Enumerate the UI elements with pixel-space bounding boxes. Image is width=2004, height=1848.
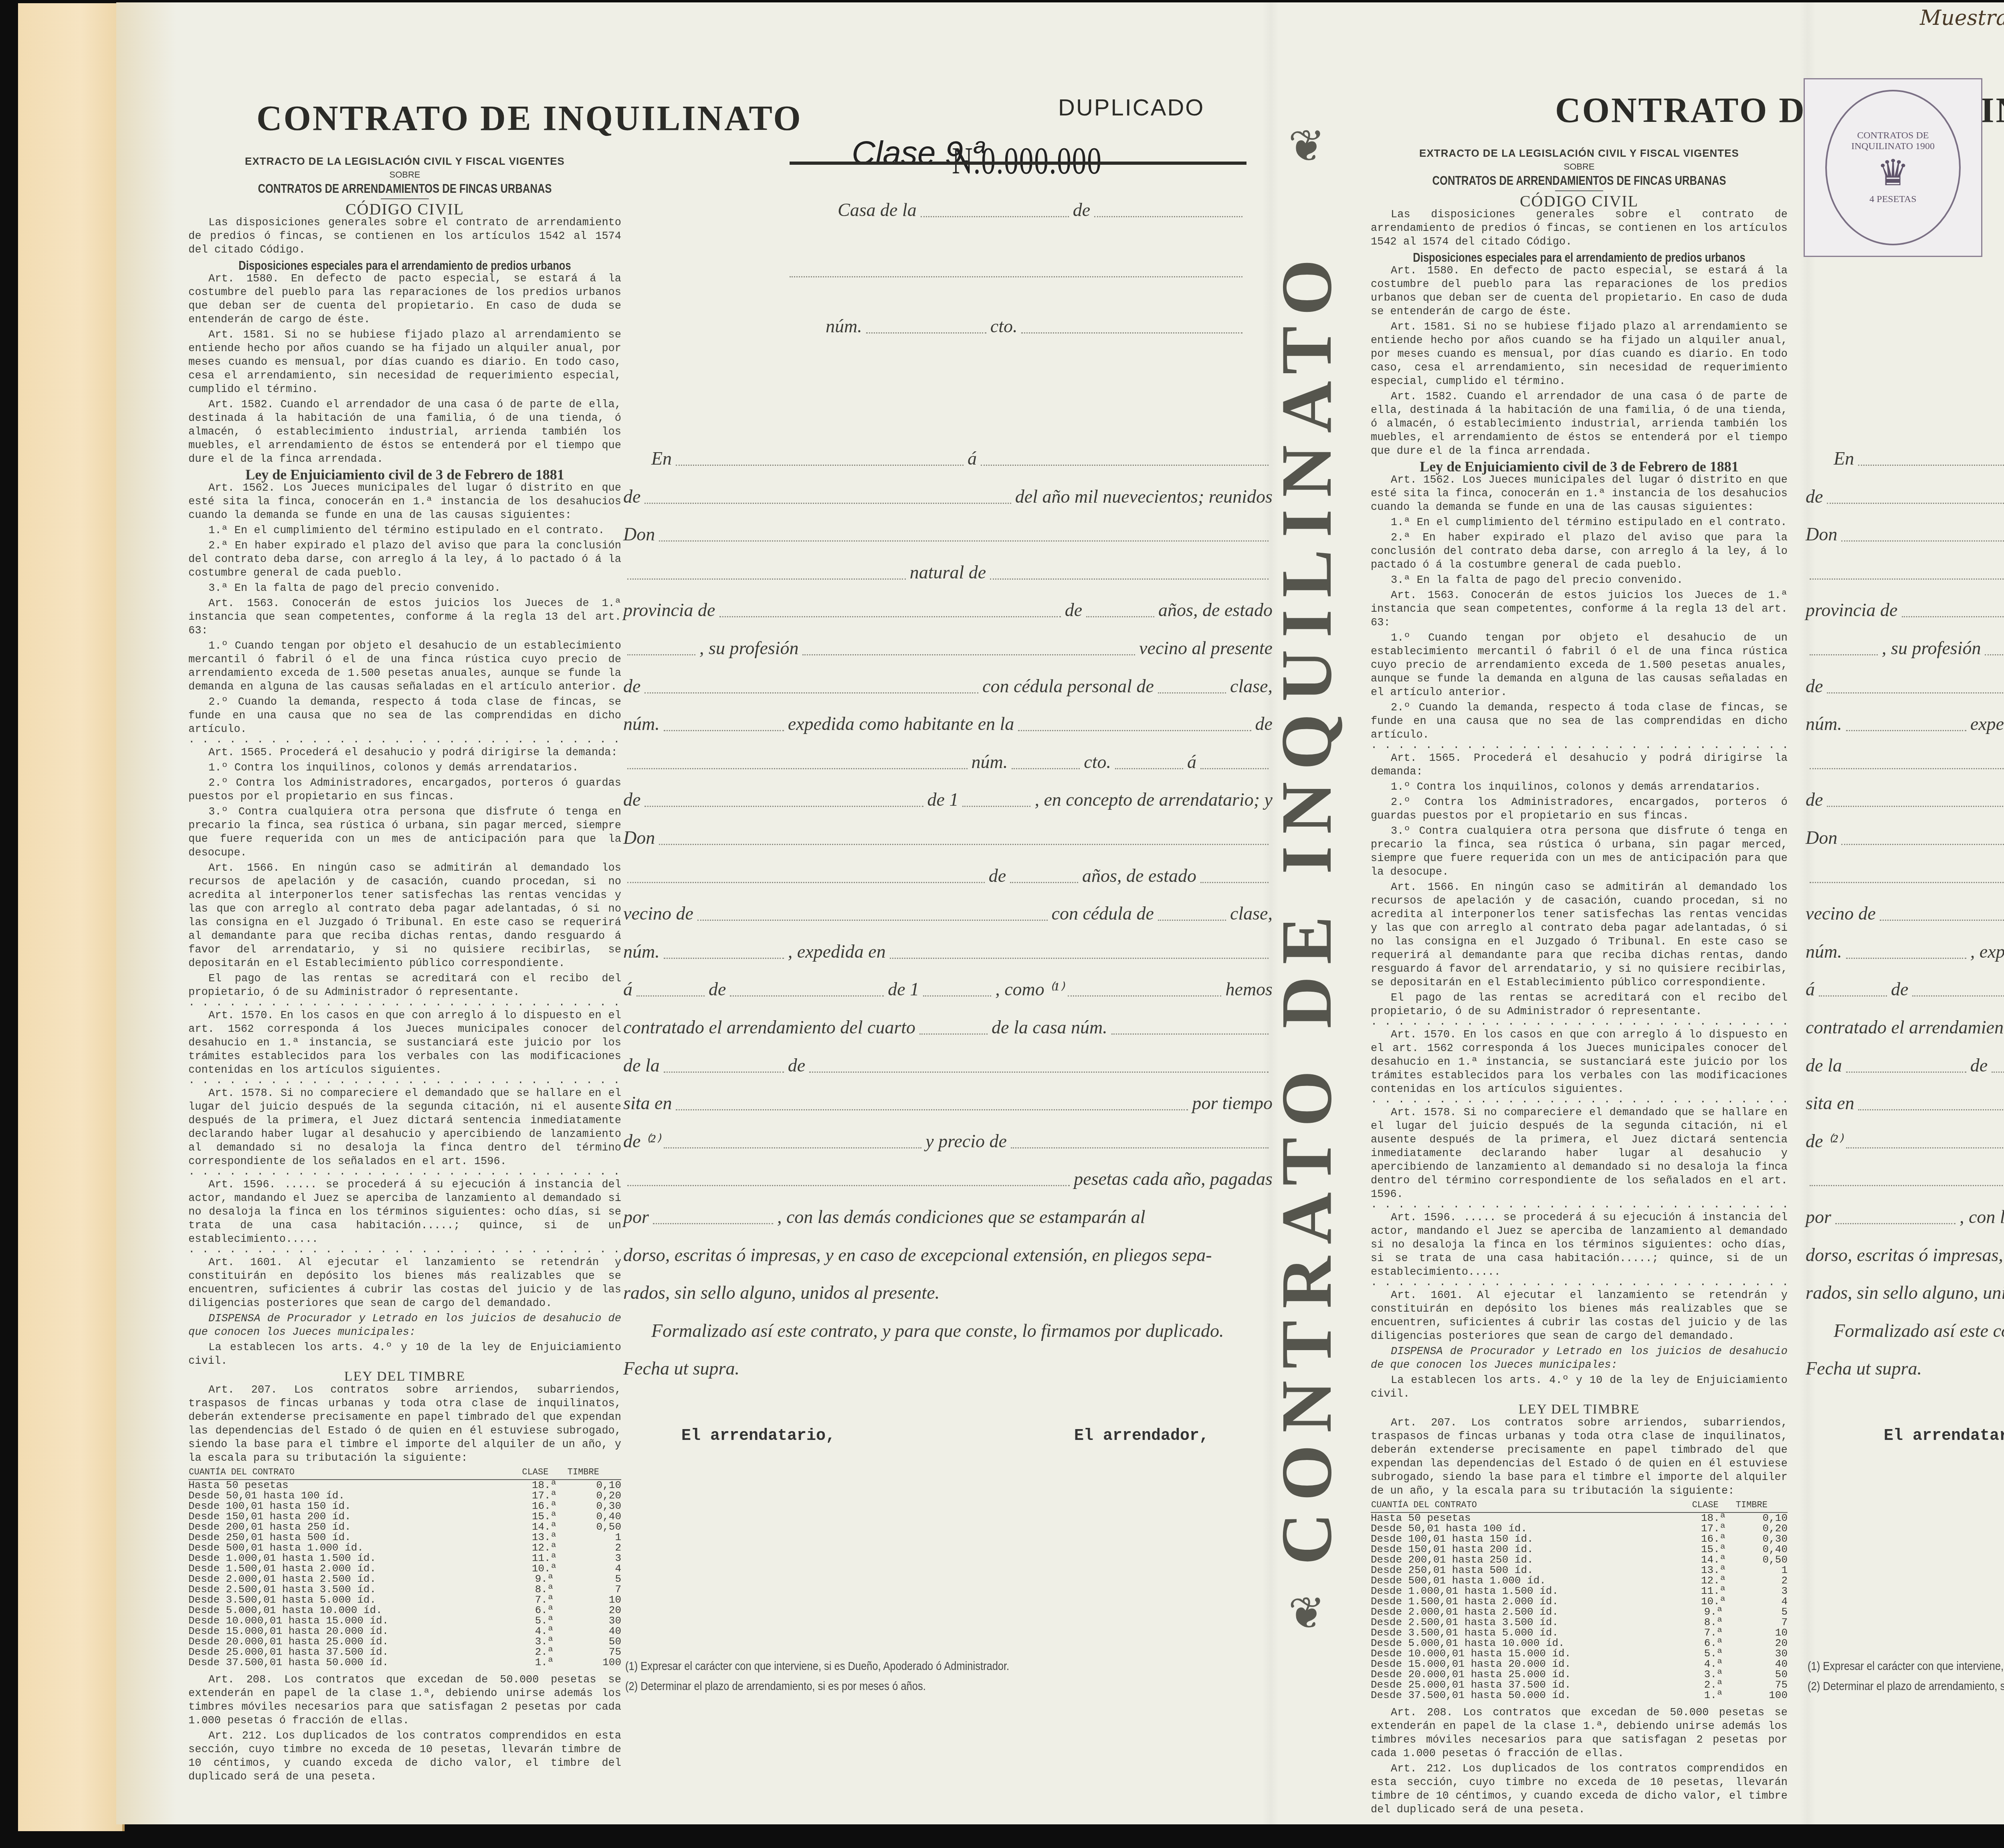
table-cell-timbre: 10 — [1735, 1628, 1788, 1638]
left-title: CONTRATO DE INQUILINATO — [257, 98, 802, 139]
table-cell-range: Desde 100,01 hasta 150 íd. — [1371, 1534, 1692, 1544]
form-row: Ená — [623, 445, 1273, 469]
table-cell-range: Desde 250,01 hasta 500 íd. — [1371, 1565, 1692, 1575]
legal-paragraph: Art. 1578. Si no compareciere el demanda… — [1371, 1106, 1788, 1201]
vertical-title: CONTRATO DE INQUILINATO — [1265, 247, 1348, 1565]
landlord-residence-field[interactable] — [697, 919, 1048, 921]
provincia-label: provincia de — [1806, 599, 1898, 621]
table-cell-range: Desde 25.000,01 hasta 37.500 íd. — [1371, 1680, 1692, 1690]
table-cell-clase: 17.ª — [1692, 1523, 1735, 1534]
legal-paragraph: Art. 1563. Conocerán de estos juicios lo… — [1371, 589, 1788, 630]
footnote-1: (1) Expresar el carácter con que intervi… — [1808, 1660, 2004, 1673]
form-row: núm.cto.á — [623, 748, 1273, 772]
table-cell-clase: 9.ª — [1692, 1607, 1735, 1617]
estado-label: años, de estado — [1082, 865, 1196, 886]
age-field[interactable] — [1086, 616, 1154, 617]
table-row: Desde 10.000,01 hasta 15.000 íd.5.ª30 — [188, 1615, 621, 1626]
vertical-banner: CONTRATO DE INQUILINATO — [1267, 281, 1347, 1531]
form-row: de ⁽²⁾y precio de — [1806, 1128, 2004, 1152]
table-cell-timbre: 20 — [567, 1605, 621, 1615]
table-cell-timbre: 75 — [1735, 1680, 1788, 1690]
table-row: Desde 200,01 hasta 250 íd.14.ª0,50 — [1371, 1555, 1788, 1565]
form-row: contratado el arrendamiento del cuartode… — [623, 1014, 1273, 1038]
legal-paragraph: Art. 1565. Procederá el desahucio y podr… — [1371, 752, 1788, 779]
legal-paragraph: La establecen los arts. 4.º y 10 de la l… — [188, 1341, 621, 1368]
term-label: de ⁽²⁾ — [1806, 1130, 1842, 1152]
table-cell-timbre: 10 — [567, 1595, 621, 1605]
street-name-field[interactable] — [1992, 1071, 2004, 1073]
table-cell-range: Desde 1.500,01 hasta 2.000 íd. — [188, 1563, 521, 1574]
legal-paragraph: Las disposiciones generales sobre el con… — [188, 216, 621, 257]
de-label: de — [1806, 789, 1823, 810]
casa-de-field[interactable] — [1094, 216, 1242, 217]
condiciones-label: , con las demás condiciones que se estam… — [777, 1206, 1145, 1227]
handwritten-line-1: Muestra de Contratos, clase 9ª Pª 1900 — [1920, 6, 2004, 30]
tenant-name-cont-field[interactable] — [627, 578, 906, 580]
payment-period-field[interactable] — [653, 1223, 773, 1224]
form-row: dede 1, en concepto de arrendatario; y — [1806, 786, 2004, 810]
term-field[interactable] — [1846, 1147, 2004, 1148]
table-cell-clase: 4.ª — [521, 1626, 567, 1636]
form-row: dedel año mil nuevecientos; reunidos — [623, 483, 1273, 507]
table-cell-timbre: 1 — [1735, 1565, 1788, 1575]
legal-heading: EXTRACTO DE LA LEGISLACIÓN CIVIL Y FISCA… — [188, 154, 621, 168]
section-heading: Disposiciones especiales para el arrenda… — [232, 259, 578, 272]
table-cell-range: Desde 37.500,01 hasta 50.000 íd. — [188, 1657, 521, 1668]
landlord-issue-year-field[interactable] — [923, 995, 991, 997]
legal-paragraph: 3.º Contra cualquiera otra persona que d… — [188, 805, 621, 860]
form-row: sita enpor tiempo — [1806, 1090, 2004, 1114]
price-cont-field[interactable] — [627, 1185, 1070, 1186]
ellipsis-divider: ........................................ — [188, 1079, 621, 1087]
table-cell-clase: 9.ª — [521, 1574, 567, 1584]
footnote-1: (1) Expresar el carácter con que intervi… — [625, 1660, 1009, 1673]
payment-period-field[interactable] — [1835, 1223, 1956, 1224]
table-cell-timbre: 100 — [567, 1657, 621, 1668]
legal-heading: CONTRATOS DE ARRENDAMIENTOS DE FINCAS UR… — [232, 182, 578, 195]
natural-label: natural de — [910, 562, 986, 583]
table-cell-range: Desde 50,01 hasta 100 íd. — [1371, 1523, 1692, 1534]
form-row: de ⁽²⁾y precio de — [623, 1128, 1273, 1152]
landlord-name-cont-field[interactable] — [627, 882, 985, 883]
codigo-civil-heading: CÓDIGO CIVIL — [1371, 194, 1788, 208]
contract-form-right: Ená dedel año mil nuevecientos; reunidos… — [1806, 445, 2004, 1367]
table-cell-clase: 3.ª — [1692, 1669, 1735, 1680]
cto-field[interactable] — [1021, 332, 1242, 334]
codigo-civil-heading: CÓDIGO CIVIL — [188, 202, 621, 216]
landlord-name-field[interactable] — [1841, 843, 2004, 845]
term-label: de ⁽²⁾ — [623, 1130, 660, 1152]
legal-paragraph: 3.ª En la falta de pago del precio conve… — [1371, 574, 1788, 587]
tax-table: CUANTÍA DEL CONTRATO CLASE TIMBRE Hasta … — [188, 1467, 621, 1668]
table-cell-clase: 2.ª — [1692, 1680, 1735, 1690]
street-name-field[interactable] — [809, 1071, 1269, 1073]
term-field[interactable] — [664, 1147, 921, 1148]
casa-label: Casa de la — [838, 199, 917, 220]
table-row: Desde 1.000,01 hasta 1.500 íd.11.ª3 — [1371, 1586, 1788, 1596]
legal-paragraph: 1.º Cuando tengan por objeto el desahuci… — [188, 639, 621, 694]
legal-heading: CONTRATOS DE ARRENDAMIENTOS DE FINCAS UR… — [1412, 174, 1746, 187]
table-cell-range: Desde 250,01 hasta 500 íd. — [188, 1532, 521, 1543]
vecino-de-label: vecino de — [1806, 903, 1876, 924]
table-cell-clase: 1.ª — [1692, 1690, 1735, 1700]
casa-field[interactable] — [921, 216, 1069, 217]
table-cell-range: Hasta 50 pesetas — [188, 1480, 521, 1490]
form-row: dorso, escritas ó impresas, y en caso de… — [1806, 1241, 2004, 1266]
form-row: decon cédula personal declase, — [1806, 673, 2004, 697]
table-cell-range: Desde 37.500,01 hasta 50.000 íd. — [1371, 1690, 1692, 1700]
place-field[interactable] — [676, 464, 964, 466]
table-row: Desde 250,01 hasta 500 íd.13.ª1 — [188, 1532, 621, 1543]
month-field[interactable] — [644, 502, 1011, 504]
table-row: Desde 15.000,01 hasta 20.000 íd.4.ª40 — [188, 1626, 621, 1636]
legal-paragraph: Art. 1582. Cuando el arrendador de una c… — [188, 398, 621, 466]
precio-label: y precio de — [925, 1130, 1007, 1152]
landlord-cedula-number-field[interactable] — [664, 957, 784, 959]
legal-paragraph: 2.º Contra los Administradores, encargad… — [1371, 796, 1788, 823]
table-cell-range: Desde 15.000,01 hasta 20.000 íd. — [188, 1626, 521, 1636]
table-cell-range: Desde 2.000,01 hasta 2.500 íd. — [1371, 1607, 1692, 1617]
section-heading: Ley de Enjuiciamiento civil de 3 de Febr… — [1371, 460, 1788, 473]
table-cell-timbre: 0,10 — [1735, 1512, 1788, 1523]
table-cell-range: Hasta 50 pesetas — [1371, 1512, 1692, 1523]
legal-paragraph: Art. 1580. En defecto de pacto especial,… — [1371, 264, 1788, 319]
table-cell-range: Desde 150,01 hasta 200 íd. — [1371, 1544, 1692, 1555]
table-cell-timbre: 30 — [1735, 1648, 1788, 1659]
table-cell-timbre: 7 — [1735, 1617, 1788, 1628]
table-cell-timbre: 0,20 — [1735, 1523, 1788, 1534]
fecha-text: Fecha ut supra. — [1806, 1358, 1922, 1379]
table-row: Desde 100,01 hasta 150 íd.16.ª0,30 — [188, 1501, 621, 1511]
dorso-text: dorso, escritas ó impresas, y en caso de… — [1806, 1244, 2004, 1266]
table-cell-clase: 15.ª — [521, 1511, 567, 1522]
legal-paragraph: 3.º Contra cualquiera otra persona que d… — [1371, 825, 1788, 879]
table-cell-timbre: 75 — [567, 1647, 621, 1657]
landlord-residence-field[interactable] — [1880, 919, 2004, 921]
header-rule — [790, 162, 1246, 165]
por-label: por — [1806, 1206, 1831, 1227]
form-row: , su profesiónvecino al presente — [1806, 635, 2004, 659]
vecino-label: vecino al presente — [1139, 637, 1273, 659]
casa-number-field[interactable] — [1111, 1033, 1269, 1035]
legal-paragraph: 2.º Contra los Administradores, encargad… — [188, 776, 621, 804]
marital-status-field[interactable] — [1810, 654, 1878, 655]
table-cell-range: Desde 3.500,01 hasta 5.000 íd. — [1371, 1628, 1692, 1638]
table-cell-range: Desde 2.500,01 hasta 3.500 íd. — [188, 1584, 521, 1595]
table-cell-timbre: 0,40 — [567, 1511, 621, 1522]
form-row: sita enpor tiempo — [623, 1090, 1273, 1114]
profession-field[interactable] — [802, 654, 1135, 655]
issue-year-field[interactable] — [962, 805, 1030, 807]
arrendatario-concept-label: , en concepto de arrendatario; y — [1034, 789, 1273, 810]
ellipsis-divider: ........................................ — [188, 1170, 621, 1178]
de-label: de — [623, 789, 640, 810]
table-cell-clase: 18.ª — [1692, 1512, 1735, 1523]
formalizado-text: Formalizado así este contrato, y para qu… — [651, 1320, 1224, 1341]
table-cell-range: Desde 15.000,01 hasta 20.000 íd. — [1371, 1659, 1692, 1669]
table-header: CLASE — [521, 1467, 567, 1480]
legal-paragraph: 3.ª En la falta de pago del precio conve… — [188, 582, 621, 595]
table-cell-timbre: 0,20 — [567, 1490, 621, 1501]
table-cell-clase: 16.ª — [1692, 1534, 1735, 1544]
de-label: de — [1073, 199, 1090, 220]
form-row: Fecha ut supra. — [623, 1355, 1273, 1379]
legal-paragraph: Art. 1601. Al ejecutar el lanzamiento se… — [188, 1256, 621, 1310]
en-label: En — [651, 448, 672, 469]
legal-paragraph: El pago de las rentas se acreditará con … — [1371, 991, 1788, 1019]
form-row: Casa de la de — [786, 196, 1246, 220]
landlord-name-cont-field[interactable] — [1810, 882, 2004, 883]
table-row: Desde 500,01 hasta 1.000 íd.12.ª2 — [188, 1543, 621, 1553]
table-cell-clase: 3.ª — [521, 1636, 567, 1647]
rados-text: rados, sin sello alguno, unidos al prese… — [1806, 1282, 2004, 1303]
landlord-name-field[interactable] — [659, 843, 1269, 845]
table-row: Desde 50,01 hasta 100 íd.17.ª0,20 — [188, 1490, 621, 1501]
year-prefix-label: de 1 — [927, 789, 959, 810]
form-row: provincia dedeaños, de estado — [623, 596, 1273, 621]
street-type-field[interactable] — [1846, 1071, 1966, 1073]
por-label: por — [623, 1206, 649, 1227]
legal-paragraph: Art. 212. Los duplicados de los contrato… — [1371, 1762, 1788, 1817]
table-cell-timbre: 0,50 — [1735, 1555, 1788, 1565]
legal-paragraph: Art. 1601. Al ejecutar el lanzamiento se… — [1371, 1289, 1788, 1343]
table-row: Desde 3.500,01 hasta 5.000 íd.7.ª10 — [1371, 1628, 1788, 1638]
table-row: Desde 25.000,01 hasta 37.500 íd.2.ª75 — [1371, 1680, 1788, 1690]
table-cell-clase: 8.ª — [521, 1584, 567, 1595]
form-row: rados, sin sello alguno, unidos al prese… — [1806, 1279, 2004, 1303]
landlord-issue-day-field[interactable] — [636, 995, 705, 997]
legal-paragraph: Art. 1582. Cuando el arrendador de una c… — [1371, 390, 1788, 458]
form-row: Don — [1806, 824, 2004, 848]
royal-coat-of-arms-icon: ♛ — [1877, 152, 1909, 194]
cto-label: cto. — [990, 315, 1018, 337]
arrendatario-label: El arrendatario, — [1884, 1427, 2004, 1445]
provincia-label: provincia de — [623, 599, 715, 621]
form-row: decon cédula personal declase, — [623, 673, 1273, 697]
tax-table: CUANTÍA DEL CONTRATO CLASE TIMBRE Hasta … — [1371, 1500, 1788, 1700]
vecino-de-label: vecino de — [623, 903, 693, 924]
table-cell-range: Desde 1.000,01 hasta 1.500 íd. — [1371, 1586, 1692, 1596]
table-cell-clase: 2.ª — [521, 1647, 567, 1657]
serial-number: N.0.000.000 — [862, 138, 1102, 183]
table-cell-timbre: 0,30 — [567, 1501, 621, 1511]
table-cell-range: Desde 150,01 hasta 200 íd. — [188, 1511, 521, 1522]
issue-day-field[interactable] — [1200, 768, 1269, 769]
legal-paragraph: Art. 208. Los contratos que excedan de 5… — [1371, 1706, 1788, 1761]
landlord-status-field[interactable] — [1200, 882, 1269, 883]
de-label: de — [623, 486, 640, 507]
room-field[interactable] — [1115, 768, 1183, 769]
day-field[interactable] — [981, 464, 1269, 466]
form-row: Formalizado así este contrato, y para qu… — [1806, 1317, 2004, 1341]
birthplace-field[interactable] — [990, 578, 1269, 580]
month-field[interactable] — [1827, 502, 2004, 504]
num-label: núm. — [826, 315, 862, 337]
table-header: CUANTÍA DEL CONTRATO — [188, 1467, 521, 1480]
de-label: de — [989, 865, 1006, 886]
form-row: ádede 1, como ⁽¹⁾hemos — [1806, 976, 2004, 1000]
legal-heading: EXTRACTO DE LA LEGISLACIÓN CIVIL Y FISCA… — [1371, 146, 1788, 160]
table-row: Desde 500,01 hasta 1.000 íd.12.ª2 — [1371, 1575, 1788, 1586]
landlord-age-field[interactable] — [1010, 882, 1078, 883]
street-field[interactable] — [1018, 730, 1251, 731]
landlord-cedula-class-field[interactable] — [1158, 919, 1226, 921]
street-cont-field[interactable] — [627, 768, 968, 769]
table-header: CLASE — [1692, 1500, 1735, 1512]
table-cell-timbre: 40 — [567, 1626, 621, 1636]
house-number-field[interactable] — [1012, 768, 1080, 769]
num-field[interactable] — [866, 332, 986, 334]
cedula-label: con cédula personal de — [982, 675, 1154, 697]
table-cell-timbre: 100 — [1735, 1690, 1788, 1700]
table-row: Desde 2.500,01 hasta 3.500 íd.8.ª7 — [1371, 1617, 1788, 1628]
de-label: de — [1806, 486, 1823, 507]
form-row: de lade — [623, 1052, 1273, 1076]
table-header: CUANTÍA DEL CONTRATO — [1371, 1500, 1692, 1512]
cedula-class-field[interactable] — [1158, 692, 1226, 694]
year-prefix-label: de 1 — [888, 979, 919, 1000]
don-label: Don — [623, 524, 655, 545]
landlord-issue-place-field[interactable] — [890, 957, 1269, 959]
formalizado-text: Formalizado así este contrato, y para qu… — [1834, 1320, 2004, 1341]
num-label: núm. — [972, 751, 1008, 772]
cedula-number-field[interactable] — [664, 730, 784, 731]
table-row: Desde 5.000,01 hasta 10.000 íd.6.ª20 — [188, 1605, 621, 1615]
legal-paragraph: Art. 1581. Si no se hubiese fijado plazo… — [1371, 320, 1788, 388]
table-cell-range: Desde 10.000,01 hasta 15.000 íd. — [188, 1615, 521, 1626]
form-row: núm. cto. — [786, 313, 1246, 337]
legal-subheading: SOBRE — [188, 168, 621, 182]
province-field[interactable] — [719, 616, 1061, 617]
form-row: vecino decon cédula declase, — [1806, 900, 2004, 924]
sita-en-label: sita en — [1806, 1092, 1854, 1114]
cedula-label: con cédula de — [1052, 903, 1154, 924]
legal-paragraph: Art. 207. Los contratos sobre arriendos,… — [1371, 1416, 1788, 1498]
tenant-name-field[interactable] — [659, 540, 1269, 542]
legal-paragraph: Art. 1562. Los Jueces municipales del lu… — [1371, 473, 1788, 514]
capacity-field[interactable] — [1068, 995, 1222, 997]
year-label: del año mil nuevecientos; reunidos — [1015, 486, 1273, 507]
street-cont-field[interactable] — [1810, 768, 2004, 769]
price-field[interactable] — [1011, 1147, 1269, 1148]
divider — [1555, 190, 1603, 191]
place-field[interactable] — [1858, 464, 2004, 466]
form-row: dedel año mil nuevecientos; reunidos — [1806, 483, 2004, 507]
landlord-issue-month-field[interactable] — [730, 995, 884, 997]
apartment-field[interactable] — [919, 1033, 988, 1035]
table-cell-clase: 14.ª — [1692, 1555, 1735, 1565]
de-la-label: de la — [1806, 1055, 1842, 1076]
cedula-number-field[interactable] — [1846, 730, 1966, 731]
landlord-cedula-number-field[interactable] — [1846, 957, 1966, 959]
table-cell-timbre: 5 — [567, 1574, 621, 1584]
divider — [381, 198, 429, 199]
legal-paragraph: La establecen los arts. 4.º y 10 de la l… — [1371, 1374, 1788, 1401]
timbre-heading: LEY DEL TIMBRE — [1371, 1403, 1788, 1416]
legal-paragraph: 2.ª En haber expirado el plazo del aviso… — [188, 539, 621, 580]
table-cell-clase: 16.ª — [521, 1501, 567, 1511]
don-label: Don — [623, 827, 655, 848]
profesion-label: , su profesión — [1882, 637, 1981, 659]
table-row: Desde 1.500,01 hasta 2.000 íd.10.ª4 — [188, 1563, 621, 1574]
table-row: Desde 2.000,01 hasta 2.500 íd.9.ª5 — [188, 1574, 621, 1584]
table-cell-timbre: 4 — [567, 1563, 621, 1574]
price-cont-field[interactable] — [1810, 1185, 2004, 1186]
legal-paragraph: 1.ª En el cumplimiento del término estip… — [188, 524, 621, 538]
table-row: Desde 37.500,01 hasta 50.000 íd.1.ª100 — [1371, 1690, 1788, 1700]
form-row: de lade — [1806, 1052, 2004, 1076]
profession-field[interactable] — [1985, 654, 2004, 655]
de-label: de — [1891, 979, 1908, 1000]
table-cell-range: Desde 25.000,01 hasta 37.500 íd. — [188, 1647, 521, 1657]
table-cell-range: Desde 10.000,01 hasta 15.000 íd. — [1371, 1648, 1692, 1659]
tax-stamp: CONTRATOS DE INQUILINATO 1900 ♛ 4 PESETA… — [1804, 78, 1982, 257]
legal-paragraph: Art. 1566. En ningún caso se admitirán a… — [1371, 881, 1788, 990]
table-cell-timbre: 50 — [1735, 1669, 1788, 1680]
form-row: rados, sin sello alguno, unidos al prese… — [623, 1279, 1273, 1303]
issue-month-field[interactable] — [644, 805, 923, 807]
table-cell-clase: 14.ª — [521, 1522, 567, 1532]
table-cell-clase: 12.ª — [1692, 1575, 1735, 1586]
legal-paragraph: Art. 1578. Si no compareciere el demanda… — [188, 1087, 621, 1169]
table-cell-range: Desde 1.500,01 hasta 2.000 íd. — [1371, 1596, 1692, 1607]
legal-paragraph: 1.º Contra los inquilinos, colonos y dem… — [1371, 780, 1788, 794]
table-cell-timbre: 2 — [567, 1543, 621, 1553]
section-heading: Disposiciones especiales para el arrenda… — [1412, 251, 1746, 264]
location-field[interactable] — [676, 1109, 1188, 1110]
form-row: Don — [623, 521, 1273, 545]
estado-label: años, de estado — [1158, 599, 1273, 621]
form-row: Don — [1806, 521, 2004, 545]
legal-paragraph: Art. 1562. Los Jueces municipales del lu… — [188, 481, 621, 522]
table-cell-range: Desde 5.000,01 hasta 10.000 íd. — [188, 1605, 521, 1615]
table-cell-clase: 10.ª — [1692, 1596, 1735, 1607]
issue-month-field[interactable] — [1827, 805, 2004, 807]
marital-status-field[interactable] — [627, 654, 695, 655]
location-field[interactable] — [1858, 1109, 2004, 1110]
table-row: Desde 1.500,01 hasta 2.000 íd.10.ª4 — [1371, 1596, 1788, 1607]
form-row: Don — [623, 824, 1273, 848]
tenant-name-cont-field[interactable] — [1810, 578, 2004, 580]
legal-paragraph: DISPENSA de Procurador y Letrado en los … — [1371, 1345, 1788, 1372]
table-cell-timbre: 40 — [1735, 1659, 1788, 1669]
duplicate-label: DUPLICADO — [1058, 94, 1204, 121]
residence-field[interactable] — [644, 692, 978, 694]
street-type-field[interactable] — [664, 1071, 784, 1073]
table-row: Desde 200,01 hasta 250 íd.14.ª0,50 — [188, 1522, 621, 1532]
legal-paragraph: Art. 208. Los contratos que excedan de 5… — [188, 1673, 621, 1728]
residence-field[interactable] — [1827, 692, 2004, 694]
landlord-issue-day-field[interactable] — [1819, 995, 1887, 997]
landlord-issue-month-field[interactable] — [1912, 995, 2004, 997]
de-label: de — [1065, 599, 1082, 621]
form-row: Fecha ut supra. — [1806, 1355, 2004, 1379]
ellipsis-divider: ........................................ — [1371, 744, 1788, 752]
ellipsis-divider: ........................................ — [1371, 1020, 1788, 1028]
address-field[interactable] — [790, 276, 1242, 277]
table-header: TIMBRE — [1735, 1500, 1788, 1512]
table-row: Desde 20.000,01 hasta 25.000 íd.3.ª50 — [188, 1636, 621, 1647]
table-row: Desde 250,01 hasta 500 íd.13.ª1 — [1371, 1565, 1788, 1575]
legal-paragraph: Art. 212. Los duplicados de los contrato… — [188, 1729, 621, 1784]
table-cell-clase: 15.ª — [1692, 1544, 1735, 1555]
form-row: por, con las demás condiciones que se es… — [623, 1203, 1273, 1227]
paper-stain — [116, 2, 176, 1824]
table-row: Desde 50,01 hasta 100 íd.17.ª0,20 — [1371, 1523, 1788, 1534]
tenant-name-field[interactable] — [1841, 540, 2004, 542]
contratado-label: contratado el arrendamiento del cuarto — [1806, 1017, 2004, 1038]
province-field[interactable] — [1902, 616, 2004, 617]
